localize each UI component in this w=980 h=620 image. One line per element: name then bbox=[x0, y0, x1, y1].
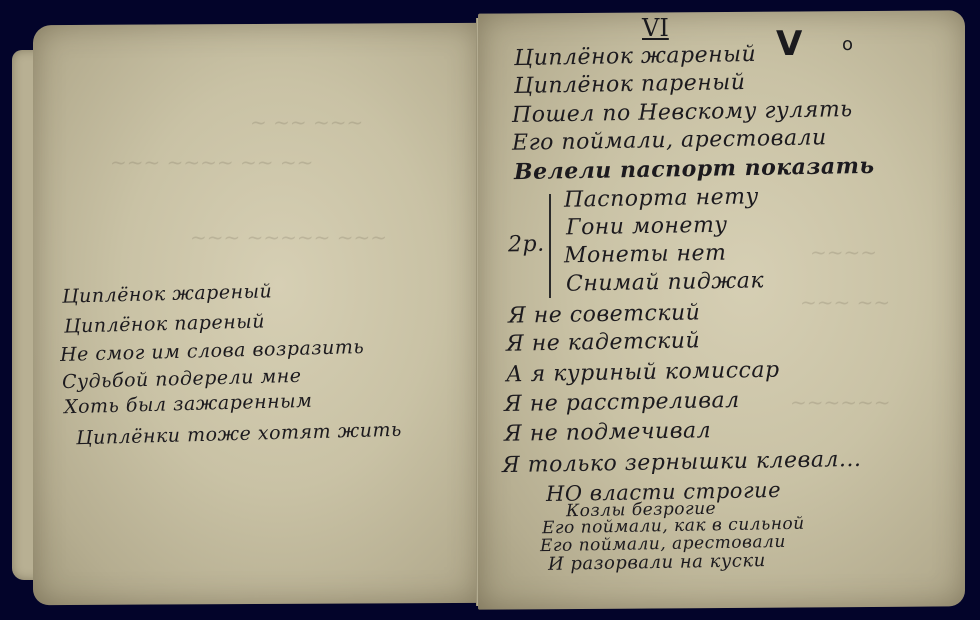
bleed-through-text: ~~~ ~~~~ ~~ ~~ bbox=[110, 150, 313, 174]
handwritten-line: Я не кадетский bbox=[506, 328, 701, 356]
handwritten-line: Я не подмечивал bbox=[504, 418, 712, 447]
bleed-through-text: ~ ~~ ~~~ bbox=[250, 110, 363, 134]
bleed-through-text: ~~~~~~ bbox=[790, 390, 891, 414]
bleed-through-text: ~~~~ bbox=[810, 240, 877, 264]
check-mark: V bbox=[776, 24, 802, 64]
handwritten-line: Паспорта нету bbox=[564, 184, 759, 212]
repeat-label: 2р. bbox=[508, 232, 545, 258]
handwritten-line: А я куриный комиссар bbox=[506, 358, 780, 388]
handwritten-line: Циплёнок пареный bbox=[514, 70, 746, 99]
handwritten-line: Снимай пиджак bbox=[566, 268, 764, 296]
repeat-bracket bbox=[549, 194, 551, 298]
handwritten-line: Я не советский bbox=[508, 300, 701, 328]
circle-mark: o bbox=[842, 34, 853, 55]
handwritten-line: И разорвали на куски bbox=[548, 550, 766, 575]
handwritten-line: Циплёнок жареный bbox=[514, 42, 757, 71]
bleed-through-text: ~~~ ~~ bbox=[800, 290, 890, 314]
handwritten-line: Я не расстреливал bbox=[504, 388, 740, 417]
section-number: VI bbox=[642, 14, 669, 42]
handwritten-line: Монеты нет bbox=[564, 241, 727, 269]
open-notebook: ~ ~~ ~~~ ~~~ ~~~~ ~~ ~~ ~~~ ~~~~~ ~~~ Ци… bbox=[0, 0, 980, 620]
bleed-through-text: ~~~ ~~~~~ ~~~ bbox=[190, 225, 387, 249]
handwritten-line: Гони монету bbox=[566, 213, 728, 241]
